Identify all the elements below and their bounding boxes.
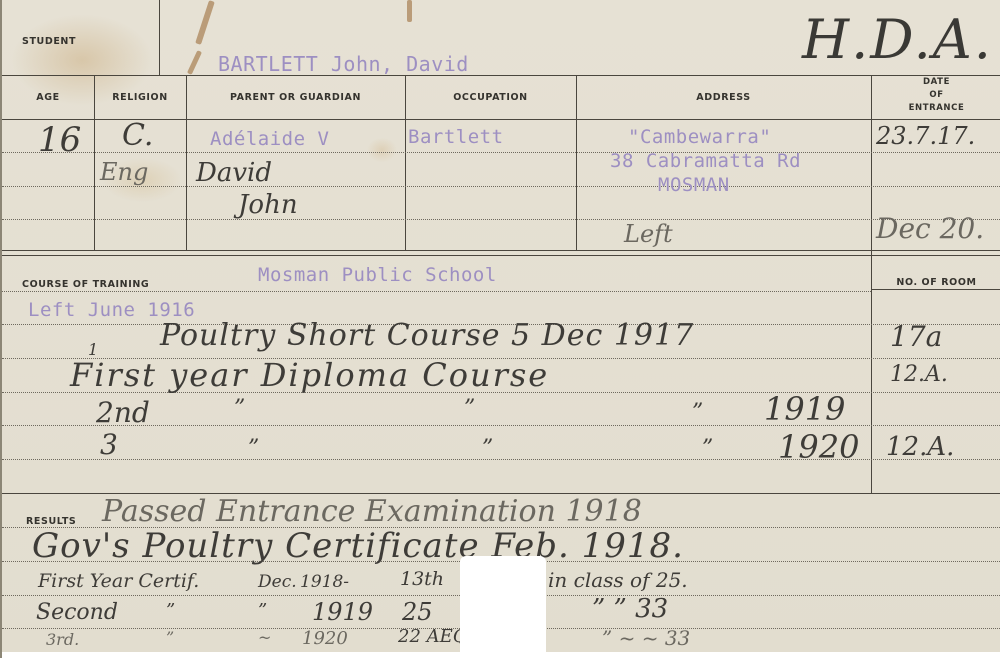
results-line-1: Passed Entrance Examination 1918 [102, 494, 642, 529]
result-1-note: in class of 25. [548, 568, 688, 592]
course-entry-4-prefix: 3 [100, 428, 118, 461]
result-2-ditto-1: ” [166, 600, 175, 621]
student-name: BARTLETT John, David [218, 52, 469, 76]
dotted-rule [2, 291, 871, 292]
course-entry-2: First year Diploma Course [70, 356, 549, 394]
religion-value-1: C. [122, 118, 153, 153]
room-entry-1: 17a [890, 320, 942, 353]
card-edge [2, 652, 1000, 658]
room-entry-2: 12.A. [890, 362, 948, 387]
result-2-year: 1919 [312, 598, 373, 626]
course-entry-4-ditto-1: ” [248, 436, 259, 461]
result-1-month: Dec. [258, 572, 297, 592]
result-1-year: 1918- [300, 572, 349, 592]
result-2-place: 25 [402, 598, 433, 626]
rust-stain [407, 0, 412, 22]
course-entry-3-year: 1919 [764, 390, 845, 428]
age-value: 16 [38, 120, 81, 160]
rust-stain [195, 0, 215, 45]
date-left-value: Dec 20. [876, 212, 984, 245]
result-2-note: ” ” 33 [592, 594, 668, 624]
student-label: STUDENT [22, 36, 92, 47]
address-line-2: 38 Cabramatta Rd [610, 150, 801, 172]
room-label: No. OF ROOM [871, 277, 1000, 288]
course-entry-3-prefix: 2nd [96, 396, 150, 429]
result-1-name: First Year Certif. [38, 570, 199, 592]
address-note-left: Left [624, 220, 673, 248]
religion-value-2: Eng [100, 158, 148, 186]
course-entry-4-ditto-2: ” [482, 436, 493, 461]
dotted-rule [2, 186, 1000, 187]
date-entrance-header-2: OF [871, 90, 1000, 100]
divider [871, 289, 1000, 290]
divider [2, 255, 1000, 256]
course-entry-4-year: 1920 [778, 428, 859, 466]
room-entry-4: 12.A. [886, 432, 954, 462]
parent-typed: Adélaide V [210, 128, 329, 150]
result-3-place: 22 AEQ [398, 626, 468, 647]
result-3-ditto-1: ” [166, 628, 174, 647]
course-school: Mosman Public School [258, 264, 497, 286]
result-3-note: ” ~ ~ 33 [602, 626, 690, 650]
dotted-rule [2, 219, 1000, 220]
address-line-1: "Cambewarra" [628, 126, 771, 148]
result-3-year: 1920 [302, 628, 348, 649]
parent-hand-1: David [196, 158, 272, 188]
course-entry-4-ditto-3: ” [702, 436, 713, 461]
course-entry-3-ditto-2: ” [464, 396, 475, 421]
result-1-place: 13th [400, 568, 444, 590]
date-entrance-header-3: ENTRANCE [871, 103, 1000, 113]
rust-stain [187, 50, 202, 75]
course-entry-3-ditto-3: ” [692, 400, 703, 425]
results-line-2: Gov's Poultry Certificate Feb. 1918. [32, 526, 684, 566]
occupation-header: OCCUPATION [405, 92, 576, 103]
age-header: AGE [2, 92, 94, 103]
parent-header: PARENT OR GUARDIAN [186, 92, 405, 103]
result-3-ditto-2: ~ [258, 628, 271, 647]
result-2-ditto-2: ” [258, 600, 267, 621]
occupation-value: Bartlett [408, 126, 504, 148]
dotted-rule [2, 425, 1000, 426]
date-entrance-value: 23.7.17. [876, 122, 975, 150]
course-entry-1: Poultry Short Course 5 Dec 1917 [160, 318, 694, 353]
result-3-name: 3rd. [46, 630, 79, 649]
divider [2, 75, 1000, 76]
student-record-card: STUDENT BARTLETT John, David H.D.A. AGE … [0, 0, 1000, 658]
parent-hand-2: John [238, 190, 298, 220]
filing-notch [460, 556, 546, 658]
divider [159, 0, 160, 75]
date-entrance-header-1: DATE [871, 77, 1000, 87]
result-2-name: Second [36, 600, 118, 625]
initials-stamp: H.D.A. [802, 8, 993, 71]
divider [2, 250, 1000, 251]
address-header: ADDRESS [576, 92, 871, 103]
religion-header: RELIGION [94, 92, 186, 103]
course-label: COURSE OF TRAINING [22, 279, 192, 290]
course-entry-3-ditto-1: ” [234, 396, 245, 421]
address-line-3: MOSMAN [658, 174, 730, 196]
